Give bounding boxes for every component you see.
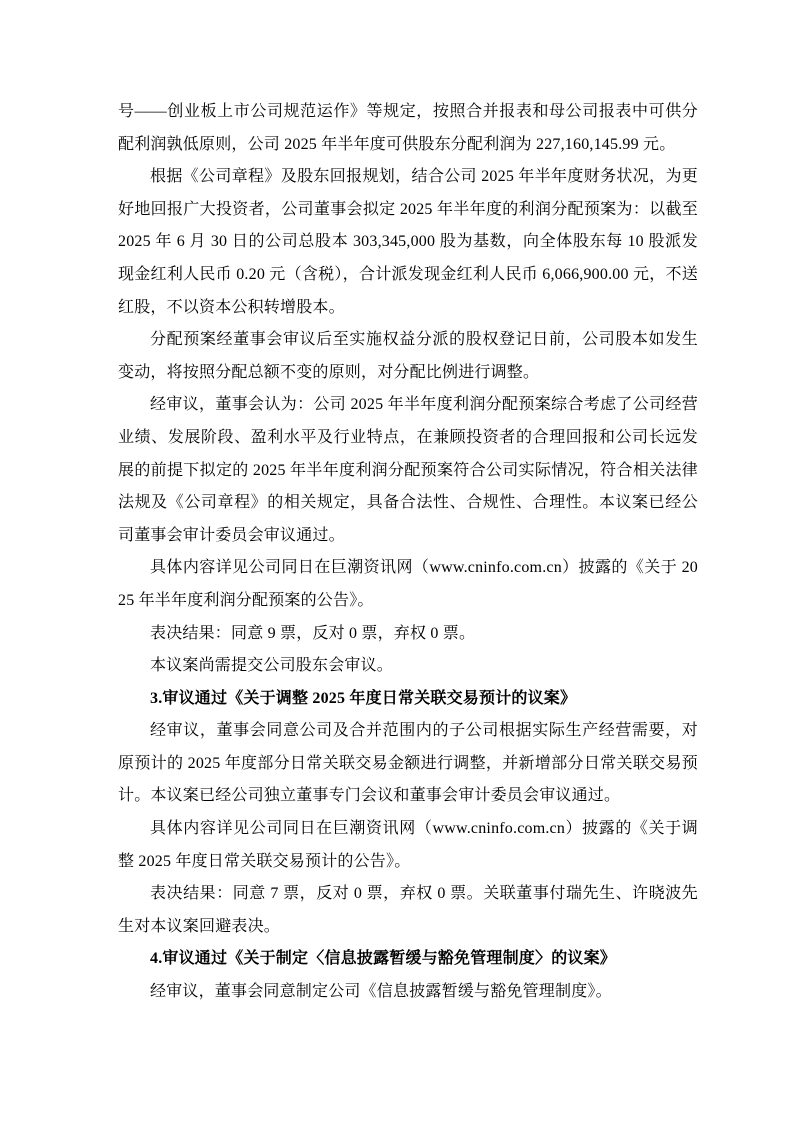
paragraph-adjustment-principle: 分配预案经董事会审议后至实施权益分派的股权登记日前，公司股本如发生变动，将按照分… bbox=[118, 324, 698, 389]
paragraph-related-transaction-adjustment: 经审议，董事会同意公司及合并范围内的子公司根据实际生产经营需要，对原预计的 20… bbox=[118, 715, 698, 813]
document-page: 号——创业板上市公司规范运作》等规定，按照合并报表和母公司报表中可供分配利润孰低… bbox=[0, 0, 793, 1122]
paragraph-continued-from-previous-page: 号——创业板上市公司规范运作》等规定，按照合并报表和母公司报表中可供分配利润孰低… bbox=[118, 96, 698, 161]
document-body: 号——创业板上市公司规范运作》等规定，按照合并报表和母公司报表中可供分配利润孰低… bbox=[118, 96, 698, 1009]
section-heading-item4: 4.审议通过《关于制定〈信息披露暂缓与豁免管理制度〉的议案》 bbox=[118, 943, 698, 976]
paragraph-board-opinion: 经审议，董事会认为：公司 2025 年半年度利润分配预案综合考虑了公司经营业绩、… bbox=[118, 389, 698, 552]
paragraph-voting-result-item2: 表决结果：同意 9 票，反对 0 票，弃权 0 票。 bbox=[118, 618, 698, 651]
paragraph-voting-result-item3: 表决结果：同意 7 票，反对 0 票，弃权 0 票。关联董事付瑞先生、许晓波先生… bbox=[118, 878, 698, 943]
paragraph-disclosure-reference-2: 具体内容详见公司同日在巨潮资讯网（www.cninfo.com.cn）披露的《关… bbox=[118, 813, 698, 878]
paragraph-profit-distribution-plan: 根据《公司章程》及股东回报规划，结合公司 2025 年半年度财务状况，为更好地回… bbox=[118, 161, 698, 324]
paragraph-submit-to-shareholders: 本议案尚需提交公司股东会审议。 bbox=[118, 650, 698, 683]
section-heading-item3: 3.审议通过《关于调整 2025 年度日常关联交易预计的议案》 bbox=[118, 683, 698, 716]
paragraph-disclosure-reference-1: 具体内容详见公司同日在巨潮资讯网（www.cninfo.com.cn）披露的《关… bbox=[118, 552, 698, 617]
paragraph-item4-resolution: 经审议，董事会同意制定公司《信息披露暂缓与豁免管理制度》。 bbox=[118, 976, 698, 1009]
